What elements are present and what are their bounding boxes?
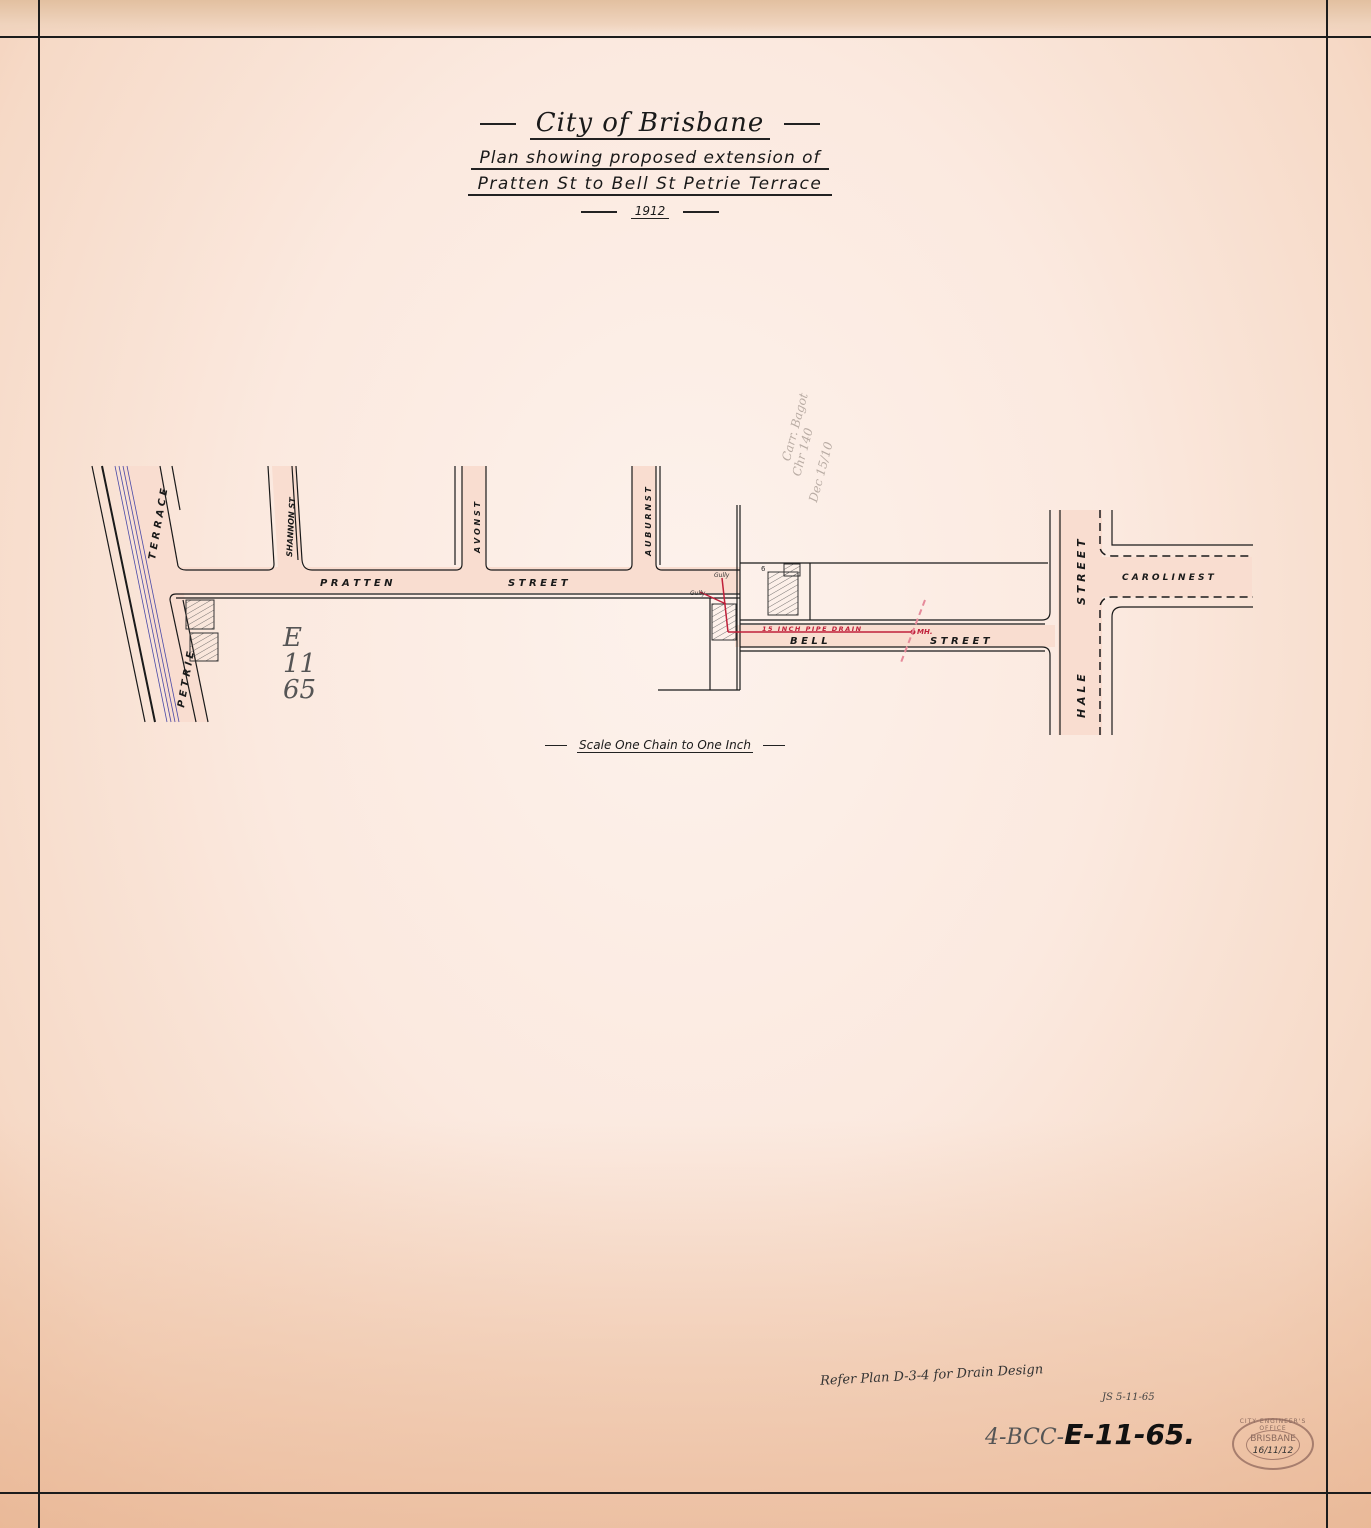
label-pratten-street: S T R E E T: [508, 578, 569, 589]
side-street-lines: [292, 466, 740, 570]
handwritten-reference: E 11 65: [283, 625, 316, 703]
catalog-number: 4-BCC-E-11-65.: [985, 1418, 1195, 1451]
label-lot-number: 6: [761, 565, 766, 573]
label-pipe-drain: 15 INCH PIPE DRAIN: [762, 625, 863, 633]
hale-caroline-lines: [1112, 510, 1253, 735]
refer-initials-date: JS 5-11-65: [1102, 1392, 1155, 1403]
label-bell-street: S T R E E T: [930, 636, 991, 647]
label-manhole: MH.: [917, 628, 932, 636]
label-gully-2: Gully: [690, 590, 706, 597]
label-hale-street: S T R E E T: [1075, 538, 1088, 605]
hale-caroline-dashed: [1100, 510, 1253, 735]
city-engineers-stamp: CITY ENGINEER'S OFFICE BRISBANE 16/11/12: [1232, 1418, 1314, 1470]
label-hale: H A L E: [1075, 674, 1088, 718]
label-auburn-st: A U B U R N S T: [644, 487, 653, 557]
map-scale: Scale One Chain to One Inch: [515, 738, 815, 752]
label-avon-st: A V O N S T: [473, 501, 482, 554]
label-gully-1: Gully: [714, 572, 730, 579]
label-caroline-st: C A R O L I N E S T: [1122, 573, 1215, 583]
label-bell: B E L L: [790, 636, 828, 647]
street-plan-drawing: T E R R A C E P E T R I E SHANNON ST A V…: [0, 0, 1371, 1528]
label-pratten: P R A T T E N: [320, 578, 393, 589]
